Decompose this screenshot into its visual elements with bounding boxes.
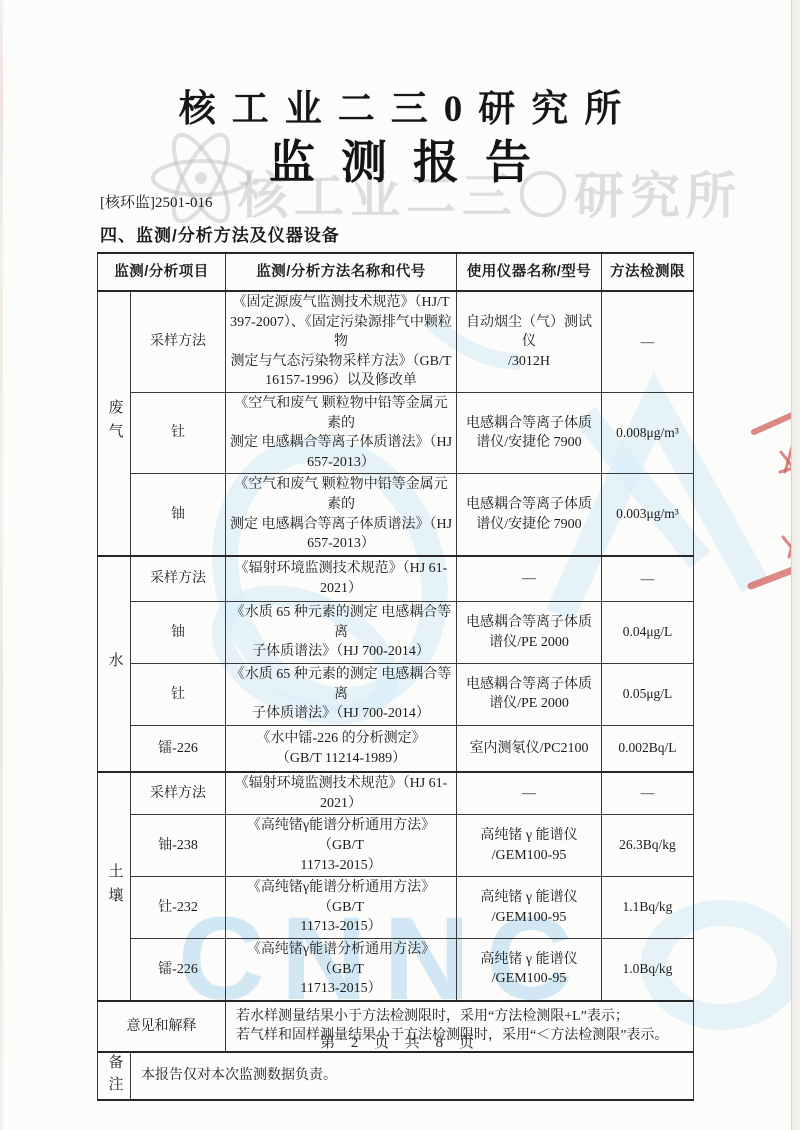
cell-instrument: 电感耦合等离子体质 谱仪/PE 2000 (457, 602, 602, 664)
cell-limit: 0.003μg/m³ (602, 474, 694, 556)
category-label: 水 (104, 652, 125, 676)
cell-instrument: 室内测氡仪/PC2100 (457, 725, 602, 772)
table-row: 土壤 采样方法 《辐射环境监测技术规范》（HJ 61-2021） — — (98, 772, 694, 815)
col-header-limit: 方法检测限 (602, 253, 694, 291)
cell-method: 《高纯锗γ能谱分析通用方法》（GB/T 11713-2015） (226, 815, 457, 877)
cell-instrument: 高纯锗 γ 能谱仪 /GEM100-95 (457, 877, 602, 939)
cell-item: 铀 (131, 602, 226, 664)
remarks-content: 本报告仅对本次监测数据负责。 (131, 1052, 694, 1100)
col-header-instrument: 使用仪器名称/型号 (457, 253, 602, 291)
cell-method: 《水质 65 种元素的测定 电感耦合等离 子体质谱法》（HJ 700-2014） (226, 664, 457, 726)
cell-instrument: 电感耦合等离子体质 谱仪/安捷伦 7900 (457, 474, 602, 556)
category-label: 废气 (104, 399, 125, 447)
cell-method: 《高纯锗γ能谱分析通用方法》（GB/T 11713-2015） (226, 877, 457, 939)
cell-instrument: — (457, 772, 602, 815)
scan-left-edge (0, 0, 3, 1130)
cell-limit: 0.05μg/L (602, 664, 694, 726)
cell-instrument: 电感耦合等离子体质 谱仪/PE 2000 (457, 664, 602, 726)
methods-table: 监测/分析项目 监测/分析方法名称和代号 使用仪器名称/型号 方法检测限 废气 … (97, 252, 694, 1101)
category-soil: 土壤 (98, 772, 131, 1001)
cell-item: 钍-232 (131, 877, 226, 939)
col-header-method: 监测/分析方法名称和代号 (226, 253, 457, 291)
page-number: 第 2 页 共 8 页 (0, 1031, 800, 1052)
cell-limit: — (602, 556, 694, 602)
cell-instrument: 自动烟尘（气）测试仪 /3012H (457, 291, 602, 392)
cell-item: 铀-238 (131, 815, 226, 877)
cell-item: 采样方法 (131, 291, 226, 392)
cell-item: 镭-226 (131, 725, 226, 772)
cell-method: 《辐射环境监测技术规范》（HJ 61-2021） (226, 556, 457, 602)
col-header-item: 监测/分析项目 (98, 253, 226, 291)
section-heading: 四、监测/分析方法及仪器设备 (100, 221, 340, 246)
cell-limit: 0.04μg/L (602, 602, 694, 664)
cell-limit: — (602, 772, 694, 815)
table-row: 镭-226 《高纯锗γ能谱分析通用方法》（GB/T 11713-2015） 高纯… (98, 939, 694, 1001)
cell-instrument: 高纯锗 γ 能谱仪 /GEM100-95 (457, 815, 602, 877)
cell-method: 《高纯锗γ能谱分析通用方法》（GB/T 11713-2015） (226, 939, 457, 1001)
cell-limit: 1.1Bq/kg (602, 877, 694, 939)
table-row: 废气 采样方法 《固定源废气监测技术规范》（HJ/T 397-2007）、《固定… (98, 291, 694, 392)
remarks-label-cell: 备注 (98, 1052, 131, 1100)
table-row: 钍 《水质 65 种元素的测定 电感耦合等离 子体质谱法》（HJ 700-201… (98, 664, 694, 726)
cell-method: 《辐射环境监测技术规范》（HJ 61-2021） (226, 772, 457, 815)
cell-method: 《水质 65 种元素的测定 电感耦合等离 子体质谱法》（HJ 700-2014） (226, 602, 457, 664)
cell-limit: — (602, 291, 694, 392)
category-waste-gas: 废气 (98, 291, 131, 556)
cell-limit: 0.002Bq/L (602, 725, 694, 772)
cell-instrument: — (457, 556, 602, 602)
cell-item: 钍 (131, 392, 226, 473)
cell-limit: 26.3Bq/kg (602, 815, 694, 877)
table-row: 铀 《水质 65 种元素的测定 电感耦合等离 子体质谱法》（HJ 700-201… (98, 602, 694, 664)
scanned-report-page: 核工业二三〇研究所 CNNC 核工业二三0研究所 监测报告 [核环监]2501-… (0, 0, 800, 1130)
org-title: 核工业二三0研究所 (0, 78, 800, 132)
table-row: 铀-238 《高纯锗γ能谱分析通用方法》（GB/T 11713-2015） 高纯… (98, 815, 694, 877)
table-row: 钍 《空气和废气 颗粒物中铅等金属元素的 测定 电感耦合等离子体质谱法》（HJ … (98, 392, 694, 473)
cell-limit: 0.008μg/m³ (602, 392, 694, 473)
cell-method: 《固定源废气监测技术规范》（HJ/T 397-2007）、《固定污染源排气中颗粒… (226, 291, 457, 392)
remarks-label: 备注 (104, 1054, 125, 1098)
cell-item: 钍 (131, 664, 226, 726)
table-header-row: 监测/分析项目 监测/分析方法名称和代号 使用仪器名称/型号 方法检测限 (98, 253, 694, 291)
remarks-row: 备注 本报告仅对本次监测数据负责。 (98, 1052, 694, 1100)
category-label: 土壤 (104, 863, 125, 911)
cell-item: 采样方法 (131, 556, 226, 602)
cell-method: 《空气和废气 颗粒物中铅等金属元素的 测定 电感耦合等离子体质谱法》（HJ 65… (226, 474, 457, 556)
table-row: 镭-226 《水中镭-226 的分析测定》 （GB/T 11214-1989） … (98, 725, 694, 772)
report-title: 监测报告 (0, 126, 800, 192)
doc-number: [核环监]2501-016 (100, 191, 213, 212)
cell-item: 镭-226 (131, 939, 226, 1001)
category-water: 水 (98, 556, 131, 773)
cell-instrument: 电感耦合等离子体质 谱仪/安捷伦 7900 (457, 392, 602, 473)
table-row: 水 采样方法 《辐射环境监测技术规范》（HJ 61-2021） — — (98, 556, 694, 602)
cell-instrument: 高纯锗 γ 能谱仪 /GEM100-95 (457, 939, 602, 1001)
cell-item: 采样方法 (131, 772, 226, 815)
cell-method: 《水中镭-226 的分析测定》 （GB/T 11214-1989） (226, 725, 457, 772)
table-row: 钍-232 《高纯锗γ能谱分析通用方法》（GB/T 11713-2015） 高纯… (98, 877, 694, 939)
scan-page-edge (791, 0, 800, 1130)
cell-item: 铀 (131, 474, 226, 556)
table-row: 铀 《空气和废气 颗粒物中铅等金属元素的 测定 电感耦合等离子体质谱法》（HJ … (98, 474, 694, 556)
cell-limit: 1.0Bq/kg (602, 939, 694, 1001)
cell-method: 《空气和废气 颗粒物中铅等金属元素的 测定 电感耦合等离子体质谱法》（HJ 65… (226, 392, 457, 473)
